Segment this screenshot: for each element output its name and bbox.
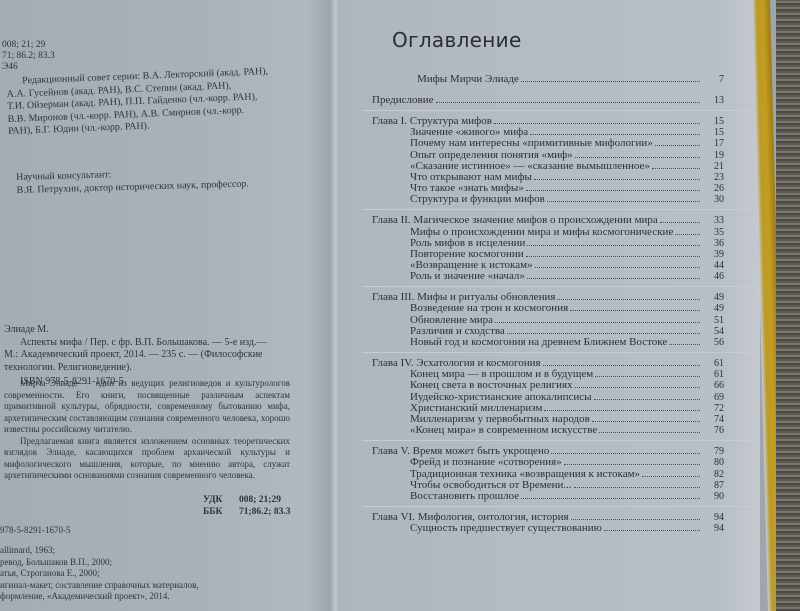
toc-page-number: 19 xyxy=(700,150,724,161)
toc-section-row: Восстановить прошлое90 xyxy=(372,491,724,502)
toc-entry-label: Мифы о происхождении мира и мифы космого… xyxy=(372,227,675,238)
toc-section-row: Роль и значение «начал»46 xyxy=(372,271,724,282)
dot-leader xyxy=(535,267,700,268)
classification-codes: 008; 21; 29 71; 86.2; 83.3 Э46 xyxy=(2,40,55,73)
description-line: М.: Академический проект, 2014. — 235 с.… xyxy=(4,349,290,362)
dot-leader xyxy=(526,190,700,191)
toc-page-number: 13 xyxy=(700,95,724,106)
dot-leader xyxy=(571,519,700,520)
toc-page-number: 44 xyxy=(700,260,724,271)
dot-leader xyxy=(551,453,700,454)
dot-leader xyxy=(570,310,700,311)
bbk-value: 71;86.2; 83.3 xyxy=(239,506,290,518)
description-line: технологии. Религиоведение). xyxy=(4,362,290,375)
dot-leader xyxy=(575,387,700,388)
dot-leader xyxy=(521,81,700,82)
toc-page-number: 69 xyxy=(700,392,724,403)
dot-leader xyxy=(526,256,700,257)
toc-page-number: 51 xyxy=(700,315,724,326)
toc-page-number: 94 xyxy=(700,523,724,534)
toc-page-number: 94 xyxy=(700,512,724,523)
annotation-paragraph: Мирча Элиаде — один из ведущих религиове… xyxy=(4,378,290,436)
dot-leader xyxy=(604,530,700,531)
toc-chapter-row: Глава II. Магическое значение мифов о пр… xyxy=(372,215,724,226)
toc-page-number: 61 xyxy=(700,369,724,380)
toc-section-row: «Конец мира» в современном искусстве76 xyxy=(372,425,724,436)
dot-leader xyxy=(594,399,700,400)
copyright-line: ревод, Большаков В.П., 2000; xyxy=(0,557,199,569)
toc-page-number: 33 xyxy=(700,215,724,226)
toc-page-number: 90 xyxy=(700,491,724,502)
toc-entry-label: Восстановить прошлое xyxy=(372,491,521,502)
toc-entry-label: «Конец мира» в современном искусстве xyxy=(372,425,599,436)
toc-entry-label: Мифы Мирчи Элиаде xyxy=(372,74,521,85)
bbk-label: ББК xyxy=(203,506,229,518)
toc-section-row: Фрейд и познание «сотворения»80 xyxy=(372,457,724,468)
toc-page-number: 39 xyxy=(700,249,724,260)
dot-leader xyxy=(564,464,700,465)
toc-page-number: 35 xyxy=(700,227,724,238)
toc-title: Оглавление xyxy=(392,28,522,52)
dot-leader xyxy=(675,234,700,235)
toc-page-number: 30 xyxy=(700,194,724,205)
toc-page-number: 36 xyxy=(700,238,724,249)
udk-label: УДК xyxy=(203,494,229,506)
toc-page-number: 7 xyxy=(700,74,724,85)
toc-page-number: 61 xyxy=(700,358,724,369)
dot-leader xyxy=(595,376,700,377)
code-line: 008; 21; 29 xyxy=(2,40,55,51)
dot-leader xyxy=(534,179,700,180)
udk-value: 008; 21;29 xyxy=(239,494,281,506)
toc-section-row: Иудейско-христианские апокалипсисы69 xyxy=(372,392,724,403)
toc-page-number: 49 xyxy=(700,303,724,314)
toc-page-number: 80 xyxy=(700,457,724,468)
toc-page-number: 87 xyxy=(700,480,724,491)
author: Элиаде М. xyxy=(4,324,290,337)
toc-entry-label: Глава II. Магическое значение мифов о пр… xyxy=(372,215,660,226)
toc-section-row: Структура и функции мифов30 xyxy=(372,194,724,205)
dot-leader xyxy=(436,102,701,103)
table-of-contents: Мифы Мирчи Элиаде7Предисловие13Глава I. … xyxy=(372,74,724,534)
toc-section-row: Сущность предшествует существованию94 xyxy=(372,523,724,534)
toc-page-number: 56 xyxy=(700,337,724,348)
toc-page-number: 66 xyxy=(700,380,724,391)
toc-entry-label: Структура и функции мифов xyxy=(372,194,547,205)
dot-leader xyxy=(530,134,700,135)
udk-bbk-block: УДК008; 21;29 ББК71;86.2; 83.3 xyxy=(203,494,290,518)
copyright-line: allimard, 1963; xyxy=(0,545,199,557)
toc-page-number: 76 xyxy=(700,425,724,436)
toc-section-row: Обновление мира51 xyxy=(372,315,724,326)
dot-leader xyxy=(557,299,700,300)
dot-leader xyxy=(574,487,700,488)
toc-entry-label: Сущность предшествует существованию xyxy=(372,523,604,534)
dot-leader xyxy=(507,333,700,334)
dot-leader xyxy=(599,432,700,433)
dot-leader xyxy=(669,344,700,345)
toc-entry-label: Обновление мира xyxy=(372,315,495,326)
book-spread: 008; 21; 29 71; 86.2; 83.3 Э46 Редакцион… xyxy=(0,0,800,611)
dot-leader xyxy=(655,145,700,146)
toc-page-number: 26 xyxy=(700,183,724,194)
toc-entry-label: Традиционная техника «возвращения к исто… xyxy=(372,469,642,480)
dot-leader xyxy=(547,201,700,202)
toc-entry-label: Опыт определения понятия «миф» xyxy=(372,150,575,161)
annotation: Мирча Элиаде — один из ведущих религиове… xyxy=(4,378,290,482)
copyright-line: игинал-макет, составление справочных мат… xyxy=(0,580,199,592)
fabric-background xyxy=(776,0,800,611)
toc-section-row: Традиционная техника «возвращения к исто… xyxy=(372,469,724,480)
dot-leader xyxy=(642,476,700,477)
dot-leader xyxy=(521,498,700,499)
editorial-board: Редакционный совет серии: В.А. Лекторски… xyxy=(6,64,308,138)
dot-leader xyxy=(543,365,700,366)
toc-page-number: 17 xyxy=(700,138,724,149)
toc-page-number: 54 xyxy=(700,326,724,337)
toc-section-row: Новый год и космогония на древнем Ближне… xyxy=(372,337,724,348)
toc-page-number: 15 xyxy=(700,116,724,127)
toc-section-row: Мифы о происхождении мира и мифы космого… xyxy=(372,227,724,238)
toc-page-number: 72 xyxy=(700,403,724,414)
toc-chapter-row: Предисловие13 xyxy=(372,95,724,106)
toc-page-number: 23 xyxy=(700,172,724,183)
dot-leader xyxy=(575,157,700,158)
copyright-line: формление, «Академический проект», 2014. xyxy=(0,591,199,603)
toc-entry-label: Новый год и космогония на древнем Ближне… xyxy=(372,337,669,348)
isbn-footer: 978-5-8291-1670-5 xyxy=(0,524,71,536)
toc-page-number: 79 xyxy=(700,446,724,457)
toc-entry-label: Иудейско-христианские апокалипсисы xyxy=(372,392,594,403)
dot-leader xyxy=(495,322,700,323)
annotation-paragraph: Предлагаемая книга является изложением о… xyxy=(4,436,290,482)
dot-leader xyxy=(527,278,700,279)
toc-entry-label: Предисловие xyxy=(372,95,436,106)
toc-section-row: Конец света в восточных религиях66 xyxy=(372,380,724,391)
toc-page-number: 46 xyxy=(700,271,724,282)
toc-entry-label: Конец света в восточных религиях xyxy=(372,380,575,391)
dot-leader xyxy=(527,245,700,246)
dot-leader xyxy=(494,123,700,124)
toc-page-number: 49 xyxy=(700,292,724,303)
toc-section-row: Опыт определения понятия «миф»19 xyxy=(372,150,724,161)
copyright-block: allimard, 1963; ревод, Большаков В.П., 2… xyxy=(0,545,199,603)
toc-page-number: 74 xyxy=(700,414,724,425)
dot-leader xyxy=(592,421,700,422)
toc-page-number: 82 xyxy=(700,469,724,480)
copyright-line: атья, Строганова Е., 2000; xyxy=(0,568,199,580)
toc-entry-label: Почему нам интересны «примитивные мифоло… xyxy=(372,138,655,149)
toc-section-row: Почему нам интересны «примитивные мифоло… xyxy=(372,138,724,149)
description-line: Аспекты мифа / Пер. с фр. В.П. Большаков… xyxy=(4,337,290,350)
toc-page-number: 21 xyxy=(700,161,724,172)
dot-leader xyxy=(544,410,700,411)
toc-entry-label: Возведение на трон и космогония xyxy=(372,303,570,314)
dot-leader xyxy=(652,168,700,169)
toc-entry-label: Роль и значение «начал» xyxy=(372,271,527,282)
toc-section-row: Мифы Мирчи Элиаде7 xyxy=(372,74,724,85)
dot-leader xyxy=(660,222,700,223)
toc-section-row: Возведение на трон и космогония49 xyxy=(372,303,724,314)
toc-entry-label: Фрейд и познание «сотворения» xyxy=(372,457,564,468)
toc-page-number: 15 xyxy=(700,127,724,138)
code-line: Э46 xyxy=(2,62,55,73)
code-line: 71; 86.2; 83.3 xyxy=(2,51,55,62)
